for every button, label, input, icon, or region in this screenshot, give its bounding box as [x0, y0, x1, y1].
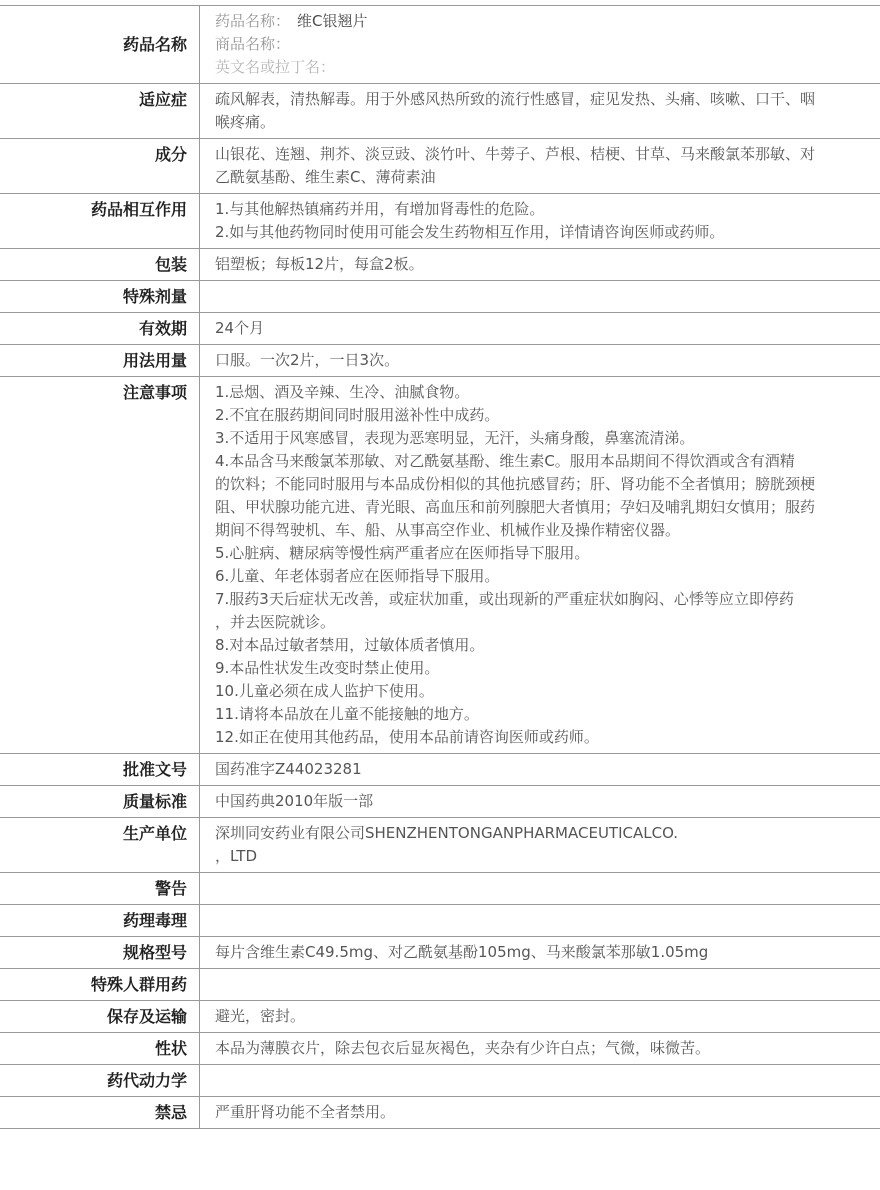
content-line: 本品为薄膜衣片，除去包衣后显灰褐色，夹杂有少许白点；气微，味微苦。 — [215, 1037, 870, 1060]
drug-name-line: 药品名称：维C银翘片 — [215, 10, 870, 33]
row-content — [200, 969, 880, 1000]
row-usage-dosage: 用法用量 口服。一次2片，一日3次。 — [0, 345, 880, 377]
content-line: 4.本品含马来酸氯苯那敏、对乙酰氨基酚、维生素C。服用本品期间不得饮酒或含有酒精 — [215, 450, 870, 473]
content-line: 5.心脏病、糖尿病等慢性病严重者应在医师指导下服用。 — [215, 542, 870, 565]
row-label: 特殊剂量 — [0, 281, 200, 312]
row-content: 1.忌烟、酒及辛辣、生冷、油腻食物。 2.不宜在服药期间同时服用滋补性中成药。 … — [200, 377, 880, 753]
row-label: 特殊人群用药 — [0, 969, 200, 1000]
content-line: 10.儿童必须在成人监护下使用。 — [215, 680, 870, 703]
row-label: 禁忌 — [0, 1097, 200, 1128]
content-line: 的饮料；不能同时服用与本品成份相似的其他抗感冒药；肝、肾功能不全者慎用；膀胱颈梗 — [215, 473, 870, 496]
content-line: 12.如正在使用其他药品，使用本品前请咨询医师或药师。 — [215, 726, 870, 749]
content-line: 疏风解表，清热解毒。用于外感风热所致的流行性感冒，症见发热、头痛、咳嗽、口干、咽 — [215, 88, 870, 111]
content-line: 国药准字Z44023281 — [215, 758, 870, 781]
row-special-populations: 特殊人群用药 — [0, 969, 880, 1001]
content-line: 9.本品性状发生改变时禁止使用。 — [215, 657, 870, 680]
row-label: 规格型号 — [0, 937, 200, 968]
row-label: 用法用量 — [0, 345, 200, 376]
row-label: 药品相互作用 — [0, 194, 200, 248]
content-line: ，并去医院就诊。 — [215, 611, 870, 634]
content-line: 7.服药3天后症状无改善，或症状加重，或出现新的严重症状如胸闷、心悸等应立即停药 — [215, 588, 870, 611]
content-line: 口服。一次2片，一日3次。 — [215, 349, 870, 372]
content-line: 2.如与其他药物同时使用可能会发生药物相互作用，详情请咨询医师或药师。 — [215, 221, 870, 244]
row-content — [200, 281, 880, 312]
row-drug-name: 药品名称 药品名称：维C银翘片 商品名称： 英文名或拉丁名： — [0, 6, 880, 84]
row-pharmacology-toxicology: 药理毒理 — [0, 905, 880, 937]
row-precautions: 注意事项 1.忌烟、酒及辛辣、生冷、油腻食物。 2.不宜在服药期间同时服用滋补性… — [0, 377, 880, 754]
content-line: 每片含维生素C49.5mg、对乙酰氨基酚105mg、马来酸氯苯那敏1.05mg — [215, 941, 870, 964]
row-content: 山银花、连翘、荆芥、淡豆豉、淡竹叶、牛蒡子、芦根、桔梗、甘草、马来酸氯苯那敏、对… — [200, 139, 880, 193]
row-drug-interactions: 药品相互作用 1.与其他解热镇痛药并用，有增加肾毒性的危险。 2.如与其他药物同… — [0, 194, 880, 249]
content-line: 1.与其他解热镇痛药并用，有增加肾毒性的危险。 — [215, 198, 870, 221]
content-line: 阻、甲状腺功能亢进、青光眼、高血压和前列腺肥大者慎用；孕妇及哺乳期妇女慎用；服药 — [215, 496, 870, 519]
row-quality-standard: 质量标准 中国药典2010年版一部 — [0, 786, 880, 818]
row-content — [200, 1065, 880, 1096]
row-content: 中国药典2010年版一部 — [200, 786, 880, 817]
row-content: 疏风解表，清热解毒。用于外感风热所致的流行性感冒，症见发热、头痛、咳嗽、口干、咽… — [200, 84, 880, 138]
content-line: 深圳同安药业有限公司SHENZHENTONGANPHARMACEUTICALCO… — [215, 822, 870, 845]
row-label: 药理毒理 — [0, 905, 200, 936]
content-line: ，LTD — [215, 845, 870, 868]
row-label: 药品名称 — [0, 6, 200, 83]
row-properties: 性状 本品为薄膜衣片，除去包衣后显灰褐色，夹杂有少许白点；气微，味微苦。 — [0, 1033, 880, 1065]
content-line: 2.不宜在服药期间同时服用滋补性中成药。 — [215, 404, 870, 427]
content-line: 期间不得驾驶机、车、船、从事高空作业、机械作业及操作精密仪器。 — [215, 519, 870, 542]
row-content: 药品名称：维C银翘片 商品名称： 英文名或拉丁名： — [200, 6, 880, 83]
row-pharmacokinetics: 药代动力学 — [0, 1065, 880, 1097]
row-label: 药代动力学 — [0, 1065, 200, 1096]
english-name-line: 英文名或拉丁名： — [215, 56, 870, 79]
row-content: 铝塑板；每板12片，每盒2板。 — [200, 249, 880, 280]
row-label: 包装 — [0, 249, 200, 280]
row-content: 口服。一次2片，一日3次。 — [200, 345, 880, 376]
row-content: 国药准字Z44023281 — [200, 754, 880, 785]
content-line: 乙酰氨基酚、维生素C、薄荷素油 — [215, 166, 870, 189]
content-line: 11.请将本品放在儿童不能接触的地方。 — [215, 703, 870, 726]
content-line: 中国药典2010年版一部 — [215, 790, 870, 813]
content-line: 喉疼痛。 — [215, 111, 870, 134]
row-label: 注意事项 — [0, 377, 200, 753]
trade-name-line: 商品名称： — [215, 33, 870, 56]
row-approval-number: 批准文号 国药准字Z44023281 — [0, 754, 880, 786]
row-manufacturer: 生产单位 深圳同安药业有限公司SHENZHENTONGANPHARMACEUTI… — [0, 818, 880, 873]
row-content — [200, 873, 880, 904]
content-line: 6.儿童、年老体弱者应在医师指导下服用。 — [215, 565, 870, 588]
row-label: 警告 — [0, 873, 200, 904]
row-label: 有效期 — [0, 313, 200, 344]
row-content: 每片含维生素C49.5mg、对乙酰氨基酚105mg、马来酸氯苯那敏1.05mg — [200, 937, 880, 968]
row-warning: 警告 — [0, 873, 880, 905]
row-label: 性状 — [0, 1033, 200, 1064]
row-content: 24个月 — [200, 313, 880, 344]
row-label: 质量标准 — [0, 786, 200, 817]
row-content: 本品为薄膜衣片，除去包衣后显灰褐色，夹杂有少许白点；气微，味微苦。 — [200, 1033, 880, 1064]
row-special-dosage: 特殊剂量 — [0, 281, 880, 313]
content-line: 铝塑板；每板12片，每盒2板。 — [215, 253, 870, 276]
content-line: 避光，密封。 — [215, 1005, 870, 1028]
row-ingredients: 成分 山银花、连翘、荆芥、淡豆豉、淡竹叶、牛蒡子、芦根、桔梗、甘草、马来酸氯苯那… — [0, 139, 880, 194]
row-contraindications: 禁忌 严重肝肾功能不全者禁用。 — [0, 1097, 880, 1129]
row-specification: 规格型号 每片含维生素C49.5mg、对乙酰氨基酚105mg、马来酸氯苯那敏1.… — [0, 937, 880, 969]
content-line: 1.忌烟、酒及辛辣、生冷、油腻食物。 — [215, 381, 870, 404]
trade-name-field-label: 商品名称： — [215, 35, 290, 53]
row-storage-transport: 保存及运输 避光，密封。 — [0, 1001, 880, 1033]
drug-name-field-label: 药品名称： — [215, 12, 290, 30]
row-label: 保存及运输 — [0, 1001, 200, 1032]
content-line: 山银花、连翘、荆芥、淡豆豉、淡竹叶、牛蒡子、芦根、桔梗、甘草、马来酸氯苯那敏、对 — [215, 143, 870, 166]
row-validity-period: 有效期 24个月 — [0, 313, 880, 345]
row-content — [200, 905, 880, 936]
content-line: 严重肝肾功能不全者禁用。 — [215, 1101, 870, 1124]
row-packaging: 包装 铝塑板；每板12片，每盒2板。 — [0, 249, 880, 281]
english-name-field-label: 英文名或拉丁名： — [215, 58, 335, 76]
content-line: 3.不适用于风寒感冒，表现为恶寒明显，无汗，头痛身酸，鼻塞流清涕。 — [215, 427, 870, 450]
row-content: 避光，密封。 — [200, 1001, 880, 1032]
row-content: 1.与其他解热镇痛药并用，有增加肾毒性的危险。 2.如与其他药物同时使用可能会发… — [200, 194, 880, 248]
row-label: 成分 — [0, 139, 200, 193]
content-line: 24个月 — [215, 317, 870, 340]
row-label: 批准文号 — [0, 754, 200, 785]
row-label: 适应症 — [0, 84, 200, 138]
row-indications: 适应症 疏风解表，清热解毒。用于外感风热所致的流行性感冒，症见发热、头痛、咳嗽、… — [0, 84, 880, 139]
row-label: 生产单位 — [0, 818, 200, 872]
row-content: 严重肝肾功能不全者禁用。 — [200, 1097, 880, 1128]
drug-info-table: 药品名称 药品名称：维C银翘片 商品名称： 英文名或拉丁名： 适应症 疏风解表，… — [0, 5, 880, 1129]
drug-name-value: 维C银翘片 — [297, 12, 367, 30]
content-line: 8.对本品过敏者禁用，过敏体质者慎用。 — [215, 634, 870, 657]
row-content: 深圳同安药业有限公司SHENZHENTONGANPHARMACEUTICALCO… — [200, 818, 880, 872]
